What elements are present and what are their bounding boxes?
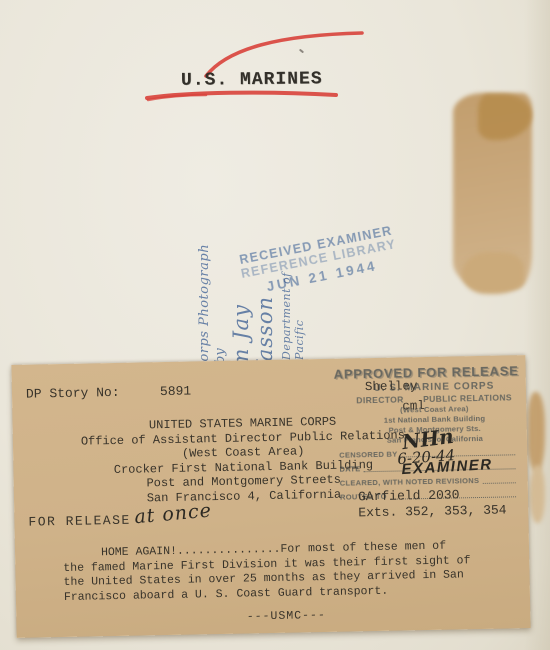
public-relations-words: PUBLIC RELATIONS [423, 392, 512, 404]
phone-extensions: Exts. 352, 353, 354 [358, 502, 507, 521]
for-release-label: FOR RELEASE [28, 513, 131, 530]
red-pencil-underline [144, 88, 342, 104]
tape-stain-lower [462, 252, 524, 294]
photographer-stamp-line2: by [213, 230, 228, 364]
dotted-fill-line [482, 476, 516, 484]
phone-block: GArfield 2030 Exts. 352, 353, 354 [358, 486, 507, 521]
story-number-label: DP Story No: [26, 385, 120, 402]
caption-card: DP Story No: 5891 UNITED STATES MARINE C… [11, 355, 530, 638]
story-number-value: 5891 [160, 384, 192, 400]
edge-stain-lower [530, 465, 545, 523]
usmc-signoff: ---USMC--- [16, 605, 550, 628]
approval-stamp-title: APPROVED FOR RELEASE [334, 363, 530, 382]
photographer-stamp-line1: Corps Photograph [197, 230, 212, 372]
director-word: DIRECTOR [356, 394, 404, 405]
photo-caption: HOME AGAIN!...............For most of th… [63, 539, 504, 606]
typed-initials-overlay: cml [402, 399, 425, 413]
typed-name-overlay: Shelley [365, 379, 418, 394]
